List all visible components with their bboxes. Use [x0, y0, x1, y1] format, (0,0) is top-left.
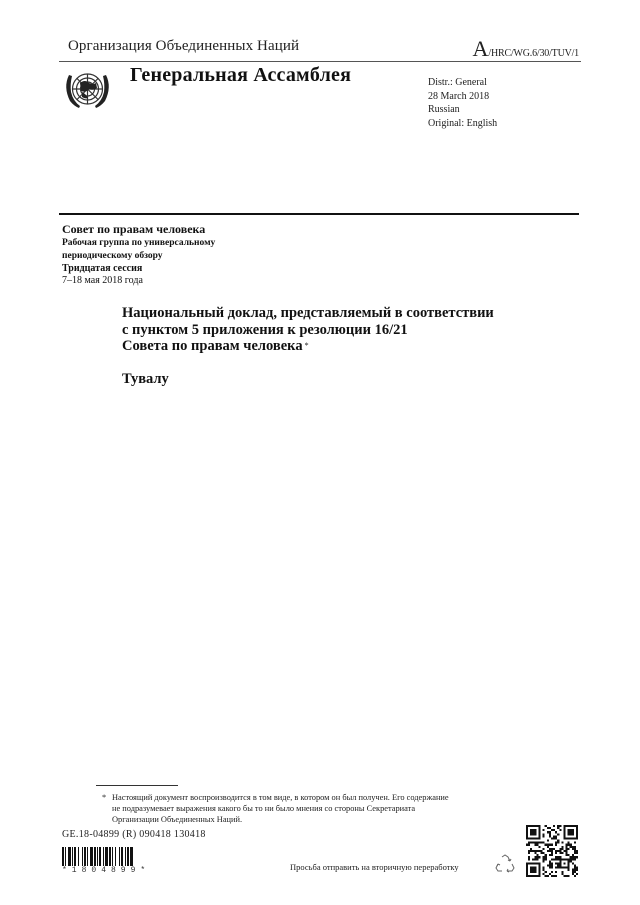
distribution-status: Distr.: General: [428, 76, 497, 90]
header-rule: [59, 61, 581, 62]
footnote: * Настоящий документ воспроизводится в т…: [112, 792, 532, 825]
footnote-marker: *: [102, 792, 106, 803]
footnote-line1: Настоящий документ воспроизводится в том…: [112, 792, 532, 803]
working-group-line2: периодическому обзору: [62, 250, 215, 263]
footnote-line2: не подразумевает выражения какого бы то …: [112, 803, 532, 814]
document-symbol-code: /HRC/WG.6/30/TUV/1: [488, 48, 579, 59]
document-symbol-letter: A: [473, 36, 489, 61]
session-name: Тридцатая сессия: [62, 263, 215, 275]
job-number: GE.18-04899 (R) 090418 130418: [62, 829, 206, 840]
organization-name: Организация Объединенных Наций: [68, 38, 299, 55]
footnote-separator: [96, 785, 178, 786]
footnote-reference[interactable]: *: [305, 341, 309, 350]
report-title-line1: Национальный доклад, представляемый в со…: [122, 305, 494, 322]
document-symbol: A/HRC/WG.6/30/TUV/1: [473, 36, 579, 62]
report-title-line2: с пунктом 5 приложения к резолюции 16/21: [122, 322, 494, 339]
recycle-icon: [494, 854, 516, 874]
barcode-icon: [62, 847, 152, 866]
assembly-title: Генеральная Ассамблея: [130, 64, 351, 87]
document-language: Russian: [428, 103, 497, 117]
qr-code-icon: [525, 825, 579, 877]
report-title-line3: Совета по правам человека: [122, 338, 303, 354]
working-group-line1: Рабочая группа по универсальному: [62, 237, 215, 250]
barcode-text: *1804899*: [62, 866, 152, 875]
country-name: Тувалу: [122, 371, 169, 388]
meeting-info: Совет по правам человека Рабочая группа …: [62, 222, 215, 287]
original-language: Original: English: [428, 117, 497, 131]
distribution-block: Distr.: General 28 March 2018 Russian Or…: [428, 76, 497, 130]
un-emblem-icon: [60, 65, 115, 115]
section-rule: [59, 213, 579, 215]
report-title: Национальный доклад, представляемый в со…: [122, 305, 494, 355]
council-name: Совет по правам человека: [62, 222, 215, 237]
document-date: 28 March 2018: [428, 90, 497, 104]
session-dates: 7–18 мая 2018 года: [62, 275, 215, 287]
footnote-line3: Организации Объединенных Наций.: [112, 814, 532, 825]
recycle-notice: Просьба отправить на вторичную переработ…: [290, 862, 459, 872]
